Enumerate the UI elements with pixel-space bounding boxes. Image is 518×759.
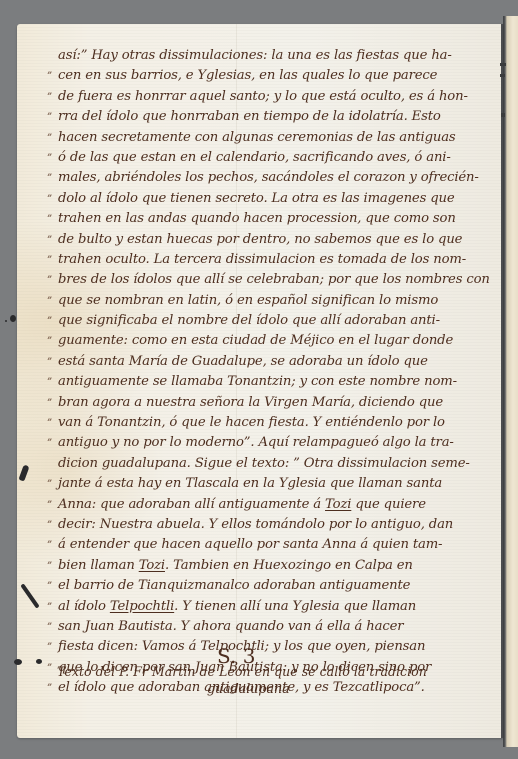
quotation-mark: ” [47, 536, 58, 556]
ink-blot [36, 659, 42, 664]
line-text: Anna: que adoraban allí antiguamente á T… [58, 497, 426, 512]
quotation-mark: ” [47, 332, 58, 352]
manuscript-page: así:” Hay otras dissimulaciones: la una … [17, 24, 503, 738]
manuscript-line: ”dolo al ídolo que tienen secreto. La ot… [47, 189, 492, 209]
quotation-mark: ” [47, 373, 58, 393]
section-heading: Texto del P. Fr Martin de Leon en que se… [57, 664, 477, 679]
quotation-mark: ” [47, 271, 58, 291]
line-text: rra del ídolo que honrraban en tiempo de… [58, 109, 441, 124]
page-binding-edge [501, 24, 503, 738]
quotation-mark: ” [47, 251, 58, 271]
manuscript-line: ”antiguamente se llamaba Tonantzin; y co… [47, 372, 492, 392]
line-text: guamente: como en esta ciudad de Méjico … [58, 333, 453, 348]
line-text: trahen oculto. La tercera dissimulacion … [58, 252, 466, 267]
manuscript-line: ”jante á esta hay en Tlascala en la Ygle… [47, 474, 492, 494]
line-text: bien llaman Tozi. Tambien en Huexozingo … [58, 558, 413, 573]
line-text: hacen secretamente con algunas ceremonia… [58, 130, 456, 145]
quotation-mark: ” [47, 169, 58, 189]
line-text: cen en sus barrios, e Yglesias, en las q… [58, 68, 437, 83]
manuscript-line: ”bres de los ídolos que allí se celebrab… [47, 270, 492, 290]
line-text: al ídolo Telpochtli. Y tienen allí una Y… [58, 599, 416, 614]
quotation-mark: ” [47, 638, 58, 658]
line-text: dolo al ídolo que tienen secreto. La otr… [58, 191, 455, 206]
ink-blot [10, 315, 16, 322]
quotation-mark: ” [47, 353, 58, 373]
line-text: dicion guadalupana. Sigue el texto: ” Ot… [58, 456, 470, 471]
manuscript-line: ”trahen oculto. La tercera dissimulacion… [47, 250, 492, 270]
adjacent-page-edge [503, 16, 518, 747]
quotation-mark: ” [47, 598, 58, 618]
binding-mark [500, 74, 505, 77]
line-text: está santa María de Guadalupe, se adorab… [58, 354, 428, 369]
quotation-mark: ” [47, 67, 58, 87]
quotation-mark: ” [47, 496, 58, 516]
line-text: jante á esta hay en Tlascala en la Ygles… [58, 476, 442, 491]
manuscript-line: dicion guadalupana. Sigue el texto: ” Ot… [47, 454, 492, 474]
line-text: á entender que hacen aquello por santa A… [58, 537, 442, 552]
manuscript-line: ”que se nombran en latin, ó en español s… [47, 291, 492, 311]
line-text: que significaba el nombre del ídolo que … [58, 313, 440, 328]
quotation-mark: ” [47, 394, 58, 414]
line-text: que se nombran en latin, ó en español si… [58, 293, 438, 308]
quotation-mark: ” [47, 414, 58, 434]
line-text: de bulto y estan huecas por dentro, no s… [58, 232, 462, 247]
manuscript-line: ”que significaba el nombre del ídolo que… [47, 311, 492, 331]
manuscript-line: ”antiguo y no por lo moderno”. Aquí rela… [47, 433, 492, 453]
manuscript-line: ”Anna: que adoraban allí antiguamente á … [47, 495, 492, 515]
manuscript-line: ”bran agora a nuestra señora la Virgen M… [47, 393, 492, 413]
manuscript-line: ”trahen en las andas quando hacen proces… [47, 209, 492, 229]
manuscript-line: ”hacen secretamente con algunas ceremoni… [47, 128, 492, 148]
line-text: trahen en las andas quando hacen process… [58, 211, 456, 226]
line-text: san Juan Bautista. Y ahora quando van á … [58, 619, 403, 634]
manuscript-line: ”males, abriéndoles los pechos, sacándol… [47, 168, 492, 188]
manuscript-text-block: así:” Hay otras dissimulaciones: la una … [47, 46, 492, 699]
quotation-mark: ” [47, 577, 58, 597]
manuscript-line: ”de bulto y estan huecas por dentro, no … [47, 230, 492, 250]
manuscript-line: ”van á Tonantzin, ó que le hacen fiesta.… [47, 413, 492, 433]
line-text: así:” Hay otras dissimulaciones: la una … [58, 48, 452, 63]
quotation-mark: ” [47, 231, 58, 251]
line-text: bran agora a nuestra señora la Virgen Ma… [58, 395, 443, 410]
binding-mark [500, 63, 506, 66]
quotation-mark: ” [47, 475, 58, 495]
ink-blot [14, 659, 22, 665]
manuscript-line: ”bien llaman Tozi. Tambien en Huexozingo… [47, 556, 492, 576]
manuscript-line: ”al ídolo Telpochtli. Y tienen allí una … [47, 597, 492, 617]
manuscript-line: ”decir: Nuestra abuela. Y ellos tomándol… [47, 515, 492, 535]
line-text: males, abriéndoles los pechos, sacándole… [58, 170, 479, 185]
line-text: de fuera es honrrar aquel santo; y lo qu… [58, 89, 468, 104]
manuscript-line: ”de fuera es honrrar aquel santo; y lo q… [47, 87, 492, 107]
quotation-mark: ” [47, 190, 58, 210]
ink-speck [5, 320, 7, 322]
quotation-mark: ” [47, 557, 58, 577]
binding-mark [501, 113, 505, 117]
section-heading-continued: guadalupana [207, 681, 290, 696]
manuscript-line: ”el barrio de Tianquizmanalco adoraban a… [47, 576, 492, 596]
line-text: decir: Nuestra abuela. Y ellos tomándolo… [58, 517, 453, 532]
underlined-name: Tozi [139, 558, 165, 573]
manuscript-line: ”fiesta dicen: Vamos á Telpochtli; y los… [47, 637, 492, 657]
manuscript-line: ”á entender que hacen aquello por santa … [47, 535, 492, 555]
quotation-mark: ” [47, 312, 58, 332]
manuscript-line: ”cen en sus barrios, e Yglesias, en las … [47, 66, 492, 86]
line-text: antiguo y no por lo moderno”. Aquí relam… [58, 435, 454, 450]
quotation-mark: ” [47, 88, 58, 108]
line-text: bres de los ídolos que allí se celebraba… [58, 272, 490, 287]
manuscript-line: ”rra del ídolo que honrraban en tiempo d… [47, 107, 492, 127]
manuscript-line: ”guamente: como en esta ciudad de Méjico… [47, 331, 492, 351]
underlined-name: Telpochtli [110, 599, 174, 614]
quotation-mark: ” [47, 434, 58, 454]
line-text: ó de las que estan en el calendario, sac… [58, 150, 451, 165]
quotation-mark: ” [47, 679, 58, 699]
quotation-mark: ” [47, 129, 58, 149]
manuscript-line: así:” Hay otras dissimulaciones: la una … [47, 46, 492, 66]
quotation-mark: ” [47, 516, 58, 536]
line-text: van á Tonantzin, ó que le hacen fiesta. … [58, 415, 445, 430]
manuscript-line: ”san Juan Bautista. Y ahora quando van á… [47, 617, 492, 637]
quotation-mark: ” [47, 149, 58, 169]
quotation-mark: ” [47, 108, 58, 128]
line-text: el barrio de Tianquizmanalco adoraban an… [58, 578, 410, 593]
underlined-name: Tozi [325, 497, 351, 512]
manuscript-line: ”está santa María de Guadalupe, se adora… [47, 352, 492, 372]
line-text: antiguamente se llamaba Tonantzin; y con… [58, 374, 457, 389]
quotation-mark: ” [47, 210, 58, 230]
quotation-mark: ” [47, 618, 58, 638]
quotation-mark: ” [47, 292, 58, 312]
manuscript-line: ”ó de las que estan en el calendario, sa… [47, 148, 492, 168]
